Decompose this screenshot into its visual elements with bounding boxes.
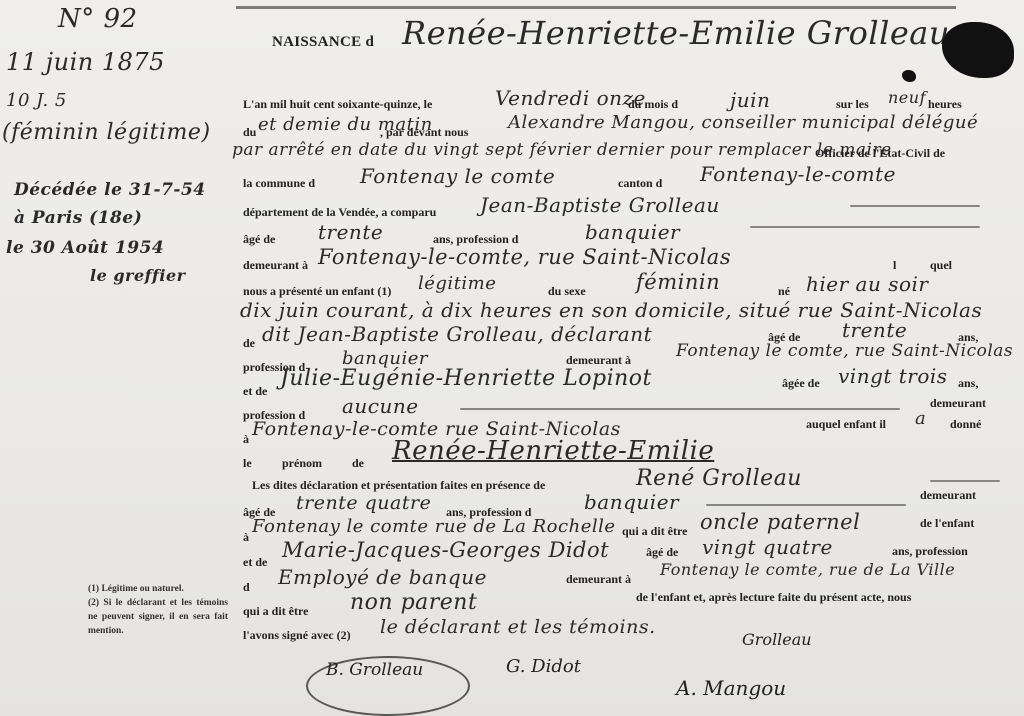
print-line1-d: heures [928, 97, 962, 112]
heading-child-name: Renée-Henriette-Emilie Grolleau [402, 14, 950, 52]
hand-line17-profession: banquier [584, 490, 679, 514]
ink-blot-small [902, 70, 916, 82]
hand-line16-witness1: René Grolleau [636, 466, 802, 491]
hand-line8-legit: légitime [418, 273, 496, 294]
footnotes: (1) Légitime ou naturel. (2) Si le décla… [88, 582, 228, 638]
print-line2-b: , par devant nous [380, 125, 468, 140]
hand-line1-day: Vendredi onze [495, 86, 646, 110]
fill-line [706, 504, 906, 506]
fill-line [750, 226, 980, 228]
print-line19-c: ans, profession [892, 544, 968, 559]
hand-line1-month: juin [730, 88, 770, 112]
print-line8-b: du sexe [548, 284, 586, 299]
print-line14-c: donné [950, 417, 981, 432]
hand-line19-witness2: Marie-Jacques-Georges Didot [282, 538, 609, 562]
print-line16: Les dites déclaration et présentation fa… [252, 478, 545, 493]
print-line4-b: canton d [618, 176, 662, 191]
hand-line8-time: hier au soir [806, 272, 928, 296]
hand-line20-profession: Employé de banque [278, 565, 487, 589]
print-line14-a: à [243, 432, 249, 447]
print-line6-a: âgé de [243, 232, 275, 247]
hand-line13-profession: aucune [342, 394, 419, 418]
print-line7-b: l [893, 258, 896, 273]
hand-line12-age: vingt trois [838, 364, 948, 388]
print-line20-b: demeurant à [566, 572, 631, 587]
footnote-2: (2) Si le déclarant et les témoins ne pe… [88, 596, 228, 638]
hand-line1-hour: neuf [888, 88, 926, 107]
hand-line11-address: Fontenay le comte, rue Saint-Nicolas [676, 341, 1013, 361]
print-line19-b: âgé de [646, 545, 678, 560]
print-line3-officer: Officier de l'État-Civil de [815, 146, 945, 161]
hand-line6-profession: banquier [585, 220, 680, 244]
margin-sex-legitimacy: (féminin légitime) [2, 120, 211, 145]
margin-death-note-3: le 30 Août 1954 [6, 238, 164, 258]
hand-line18-relation: oncle paternel [700, 510, 860, 534]
print-line12-c: ans, [958, 376, 978, 391]
footnote-1: (1) Légitime ou naturel. [88, 582, 228, 596]
margin-ordinal: 10 J. 5 [6, 90, 67, 111]
print-line8-a: nous a présenté un enfant (1) [243, 284, 391, 299]
print-line10-a: de [243, 336, 255, 351]
hand-line4-canton: Fontenay-le-comte [700, 162, 896, 186]
hand-line10-age: trente [842, 318, 907, 342]
hand-line22-signers: le déclarant et les témoins. [380, 616, 656, 638]
ink-blot [942, 22, 1014, 78]
print-line14-b: auquel enfant il [806, 417, 886, 432]
signature-didot: G. Didot [506, 656, 581, 677]
hand-line2-officer: Alexandre Mangou, conseiller municipal d… [508, 112, 978, 133]
top-rule [236, 6, 956, 9]
print-line20-a: d [243, 580, 250, 595]
margin-death-note-1: Décédée le 31-7-54 [14, 180, 206, 200]
print-line13-b: demeurant [930, 396, 986, 411]
print-line1-c: sur les [836, 97, 869, 112]
fill-line [850, 205, 980, 207]
hand-line20-address: Fontenay le comte, rue de La Ville [660, 560, 955, 579]
hand-line3-arrete: par arrêté en date du vingt sept février… [232, 140, 892, 160]
print-line2-a: du [243, 125, 256, 140]
hand-line14-a: a [915, 408, 926, 429]
hand-line10-declarant: dit Jean-Baptiste Grolleau, déclarant [262, 322, 652, 346]
print-line15-b: prénom [282, 456, 322, 471]
signature-grolleau-b: B. Grolleau [326, 660, 423, 680]
print-line12-a: et de [243, 384, 267, 399]
hand-line18-address: Fontenay le comte rue de La Rochelle [252, 516, 616, 537]
print-line21-b: de l'enfant et, après lecture faite du p… [636, 590, 911, 605]
hand-line6-age: trente [318, 220, 383, 244]
signature-mangou: A. Mangou [676, 676, 786, 700]
fill-line [930, 480, 1000, 482]
hand-line19-age: vingt quatre [702, 535, 833, 559]
print-line5: département de la Vendée, a comparu [243, 205, 436, 220]
hand-line21-relation: non parent [350, 590, 477, 615]
print-line18-a: à [243, 530, 249, 545]
print-line12-b: âgée de [782, 376, 820, 391]
hand-line8-sex: féminin [636, 270, 720, 294]
hand-line15-prenoms: Renée-Henriette-Emilie [392, 436, 714, 466]
print-line18-b: qui a dit être [622, 524, 687, 539]
print-line19-a: et de [243, 555, 267, 570]
print-line8-c: né [778, 284, 790, 299]
print-line17-c: demeurant [920, 488, 976, 503]
margin-death-note-2: à Paris (18e) [14, 208, 142, 228]
hand-line7-address: Fontenay-le-comte, rue Saint-Nicolas [318, 245, 731, 269]
print-line22-a: l'avons signé avec (2) [243, 628, 351, 643]
document-page: N° 92 11 juin 1875 10 J. 5 (féminin légi… [0, 0, 1024, 716]
margin-record-number: N° 92 [58, 4, 138, 34]
print-line7-a: demeurant à [243, 258, 308, 273]
hand-line17-age: trente quatre [296, 492, 431, 514]
print-line15-a: le [243, 456, 252, 471]
hand-line12-mother: Julie-Eugénie-Henriette Lopinot [280, 366, 652, 391]
print-line15-c: de [352, 456, 364, 471]
hand-line4-commune: Fontenay le comte [360, 164, 555, 188]
print-line4-a: la commune d [243, 176, 315, 191]
print-line18-c: de l'enfant [920, 516, 974, 531]
print-line21-a: qui a dit être [243, 604, 308, 619]
fill-line [460, 408, 900, 410]
hand-line5-father: Jean-Baptiste Grolleau [480, 193, 720, 217]
print-line7-c: quel [930, 258, 952, 273]
signature-grolleau: Grolleau [742, 630, 812, 649]
margin-date: 11 juin 1875 [6, 48, 165, 76]
print-line1-b: du mois d [628, 97, 678, 112]
margin-death-note-4: le greffier [90, 266, 186, 285]
heading-label: NAISSANCE d [272, 34, 374, 51]
print-line1-a: L'an mil huit cent soixante-quinze, le [243, 97, 432, 112]
